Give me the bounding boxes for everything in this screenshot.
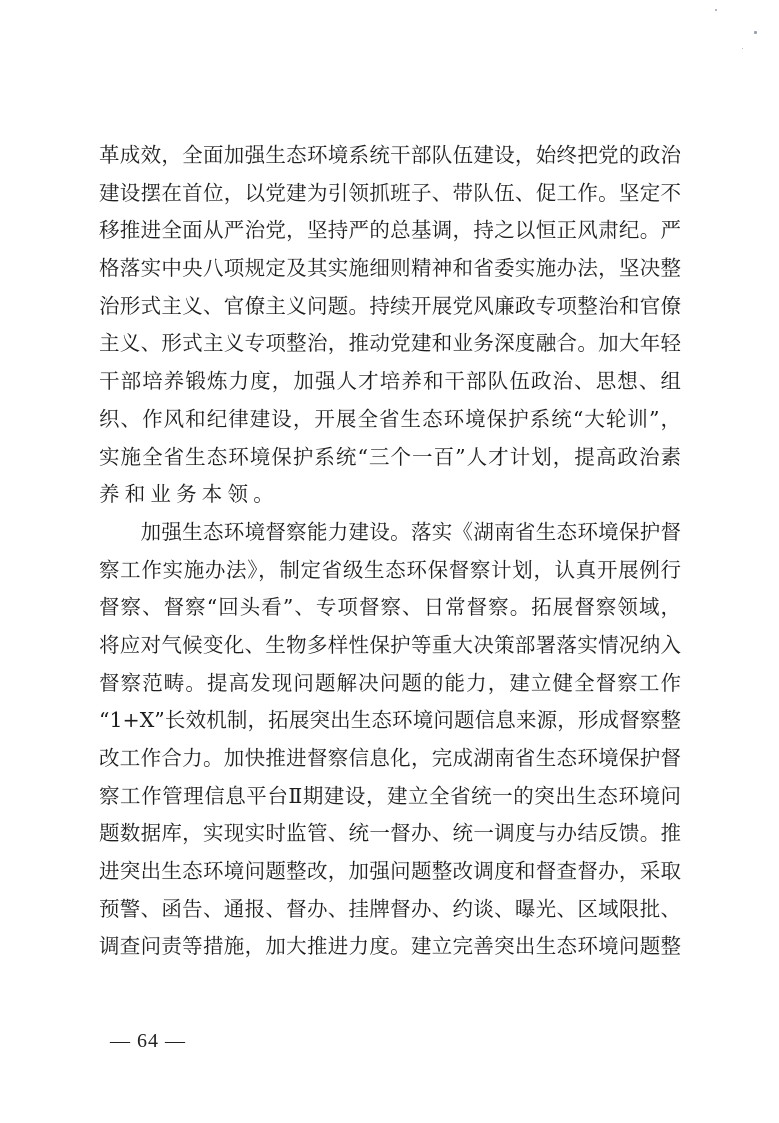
- text-line: 调查问责等措施，加大推进力度。建立完善突出生态环境问题整: [99, 928, 681, 966]
- text-line: 养和业务本领。: [99, 476, 681, 514]
- text-line: 革成效，全面加强生态环境系统干部队伍建设，始终把党的政治: [99, 137, 681, 175]
- document-page: 革成效，全面加强生态环境系统干部队伍建设，始终把党的政治 建设摆在首位，以党建为…: [0, 0, 779, 1123]
- text-line: 进突出生态环境问题整改，加强问题整改调度和督查督办，采取: [99, 853, 681, 891]
- text-line: 织、作风和纪律建设，开展全省生态环境保护系统“大轮训”，: [99, 401, 681, 439]
- text-line: 改工作合力。加快推进督察信息化，完成湖南省生态环境保护督: [99, 740, 681, 778]
- text-line: 察工作实施办法》，制定省级生态环保督察计划，认真开展例行: [99, 552, 681, 590]
- text-line: 督察、督察“回头看”、专项督察、日常督察。拓展督察领域，: [99, 589, 681, 627]
- text-line: 治形式主义、官僚主义问题。持续开展党风廉政专项整治和官僚: [99, 288, 681, 326]
- text-line: 督察范畴。提高发现问题解决问题的能力，建立健全督察工作: [99, 665, 681, 703]
- text-line: 预警、函告、通报、督办、挂牌督办、约谈、曝光、区域限批、: [99, 891, 681, 929]
- text-line: 加强生态环境督察能力建设。落实《湖南省生态环境保护督: [99, 514, 681, 552]
- paragraph-cadre-building: 革成效，全面加强生态环境系统干部队伍建设，始终把党的政治 建设摆在首位，以党建为…: [99, 137, 681, 514]
- text-line: 题数据库，实现实时监管、统一督办、统一调度与办结反馈。推: [99, 815, 681, 853]
- text-line: 建设摆在首位，以党建为引领抓班子、带队伍、促工作。坚定不: [99, 175, 681, 213]
- text-line: “1+X”长效机制，拓展突出生态环境问题信息来源，形成督察整: [99, 702, 681, 740]
- paragraph-inspection-capacity: 加强生态环境督察能力建设。落实《湖南省生态环境保护督 察工作实施办法》，制定省级…: [99, 514, 681, 966]
- text-line: 移推进全面从严治党，坚持严的总基调，持之以恒正风肃纪。严: [99, 212, 681, 250]
- text-line: 察工作管理信息平台Ⅱ期建设，建立全省统一的突出生态环境问: [99, 778, 681, 816]
- text-line: 格落实中央八项规定及其实施细则精神和省委实施办法，坚决整: [99, 250, 681, 288]
- text-line: 主义、形式主义专项整治，推动党建和业务深度融合。加大年轻: [99, 325, 681, 363]
- text-line: 实施全省生态环境保护系统“三个一百”人才计划，提高政治素: [99, 439, 681, 477]
- text-line: 将应对气候变化、生物多样性保护等重大决策部署落实情况纳入: [99, 627, 681, 665]
- scan-speck: [754, 31, 757, 34]
- scan-speck: [715, 9, 717, 11]
- text-line: 干部培养锻炼力度，加强人才培养和干部队伍政治、思想、组: [99, 363, 681, 401]
- body-text: 革成效，全面加强生态环境系统干部队伍建设，始终把党的政治 建设摆在首位，以党建为…: [99, 137, 681, 966]
- scan-speck: [742, 48, 743, 49]
- page-number: — 64 —: [110, 1030, 186, 1053]
